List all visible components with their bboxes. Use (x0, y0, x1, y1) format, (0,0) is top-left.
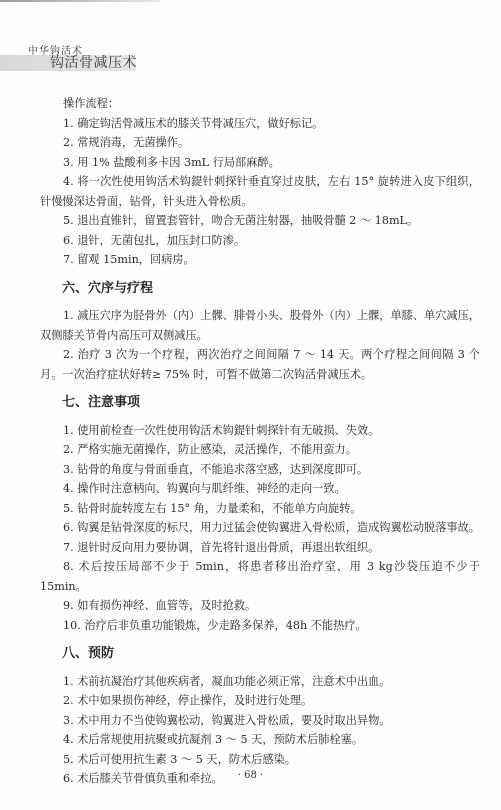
section7-item: 2. 严格实施无菌操作，防止感染，灵活操作，不能用蛮力。 (40, 440, 480, 460)
section-heading-acupoint-course: 六、穴序与疗程 (62, 279, 480, 299)
chapter-title: 钩活骨减压术 (50, 55, 137, 71)
section8-item: 5. 术后可使用抗生素 3 ～ 5 天，防术后感染。 (40, 750, 480, 770)
section7-item: 5. 钻骨时旋转度左右 15° 角，力量柔和，不能单方向旋转。 (40, 499, 480, 519)
section7-item: 9. 如有损伤神经、血管等，及时抢救。 (40, 596, 480, 616)
procedure-step: 2. 常规消毒，无菌操作。 (40, 133, 480, 153)
procedure-step: 5. 退出直锥针，留置套管针，吻合无菌注射器，抽吸骨髓 2 ～ 18mL。 (40, 211, 480, 231)
section-heading-prevention: 八、预防 (62, 644, 480, 664)
section8-item: 1. 术前抗凝治疗其他疾病者，凝血功能必须正常，注意术中出血。 (40, 672, 480, 692)
procedure-step: 4. 将一次性使用钩活术钩鍉针刺探针垂直穿过皮肤，左右 15° 旋转进入皮下组织… (40, 172, 480, 211)
page-body: 操作流程： 1. 确定钩活骨减压术的膝关节骨减压穴，做好标记。 2. 常规消毒，… (40, 94, 480, 789)
section8-item: 3. 术中用力不当使钩翼松动，钩翼进入骨松质，要及时取出异物。 (40, 711, 480, 731)
page-number: · 68 · (0, 770, 501, 781)
procedure-step: 1. 确定钩活骨减压术的膝关节骨减压穴，做好标记。 (40, 114, 480, 134)
section6-item: 1. 减压穴序为胫骨外（内）上髁、腓骨小头、股骨外（内）上髁，单膝、单穴减压，双… (40, 306, 480, 345)
section7-item: 8. 术后按压局部不少于 5min，将患者移出治疗室，用 3 kg沙袋压迫不少于… (40, 557, 480, 596)
procedure-step: 7. 留观 15min，回病房。 (40, 250, 480, 270)
scan-edge-shadow (0, 0, 160, 2)
section7-item: 6. 钩翼是钻骨深度的标尺，用力过猛会使钩翼进入骨松质，造成钩翼松动脱落事故。 (40, 518, 480, 538)
procedure-step: 3. 用 1% 盐酸利多卡因 3mL 行局部麻醉。 (40, 153, 480, 173)
procedure-step: 6. 退针，无菌包扎，加压封口防渗。 (40, 231, 480, 251)
section8-item: 4. 术后常规使用抗聚或抗凝剂 3 ～ 5 天，预防术后肺栓塞。 (40, 730, 480, 750)
section7-item: 3. 钻骨的角度与骨面垂直，不能追求落空感，达到深度即可。 (40, 460, 480, 480)
section8-item: 2. 术中如果损伤神经，停止操作，及时进行处理。 (40, 691, 480, 711)
section7-item: 4. 操作时注意柄向、钩翼向与肌纤维、神经的走向一致。 (40, 479, 480, 499)
section7-item: 10. 治疗后非负重功能锻炼，少走路多保养，48h 不能热疗。 (40, 616, 480, 636)
section6-item: 2. 治疗 3 次为一个疗程，两次治疗之间间隔 7 ～ 14 天。两个疗程之间间… (40, 345, 480, 384)
section7-item: 1. 使用前检查一次性使用钩活术钩鍉针刺探针有无破损、失效。 (40, 421, 480, 441)
procedure-label: 操作流程： (40, 94, 480, 114)
section-heading-precautions: 七、注意事项 (62, 393, 480, 413)
section7-item: 7. 退针时反向用力要协调，首先将针退出骨质，再退出软组织。 (40, 538, 480, 558)
